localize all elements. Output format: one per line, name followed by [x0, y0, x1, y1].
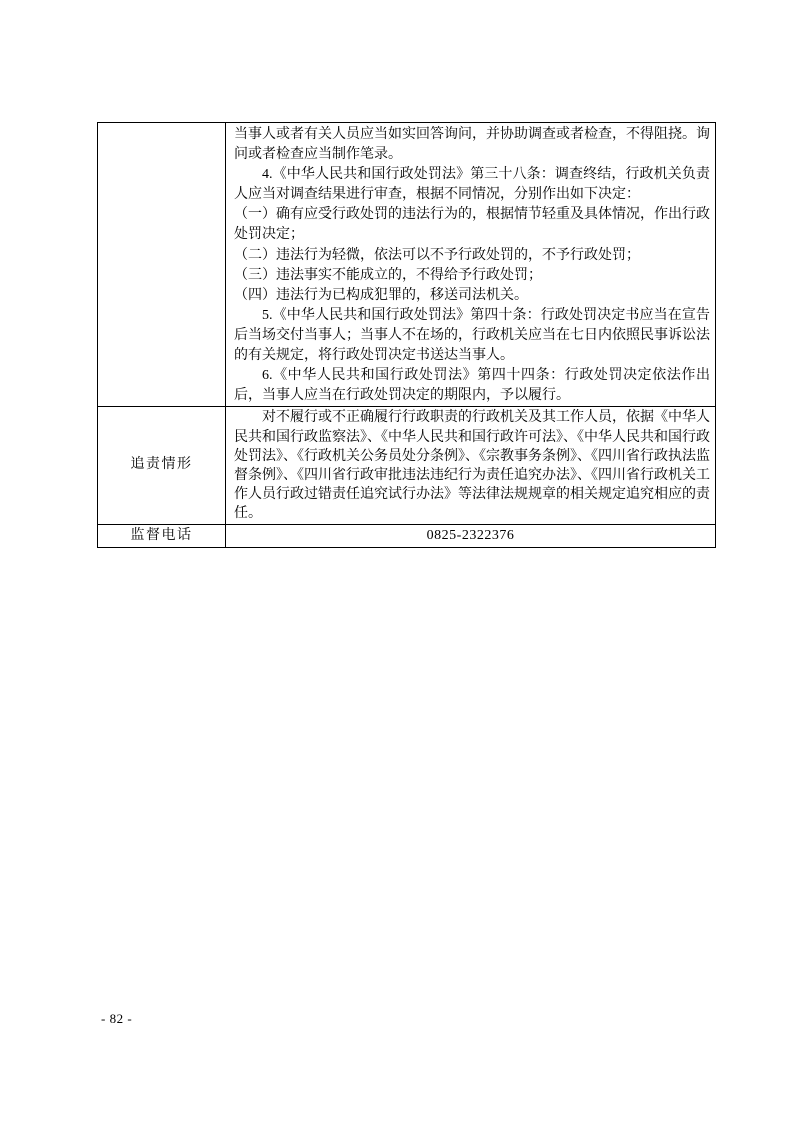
- page-number: - 82 -: [101, 1011, 132, 1027]
- table-row-supervision-phone: 监督电话 0825-2322376: [98, 524, 716, 547]
- table-row-legal-basis-continued: 当事人或者有关人员应当如实回答询问，并协助调查或者检查，不得阻挠。询问或者检查应…: [98, 123, 716, 407]
- paragraph: 5.《中华人民共和国行政处罚法》第四十条：行政处罚决定书应当在宣告后当场交付当事…: [234, 306, 710, 366]
- cell-accountability-text: 对不履行或不正确履行行政职责的行政机关及其工作人员，依据《中华人民共和国行政监察…: [226, 407, 716, 524]
- supervision-phone-value: 0825-2322376: [226, 524, 716, 547]
- paragraph: 6.《中华人民共和国行政处罚法》第四十四条：行政处罚决定依法作出后，当事人应当在…: [234, 366, 710, 406]
- row-label-accountability: 追责情形: [98, 407, 226, 524]
- paragraph: 当事人或者有关人员应当如实回答询问，并协助调查或者检查，不得阻挠。询问或者检查应…: [234, 125, 710, 165]
- paragraph: （二）违法行为轻微，依法可以不予行政处罚的，不予行政处罚；: [234, 246, 710, 266]
- paragraph: 对不履行或不正确履行行政职责的行政机关及其工作人员，依据《中华人民共和国行政监察…: [234, 408, 710, 523]
- table-row-accountability: 追责情形 对不履行或不正确履行行政职责的行政机关及其工作人员，依据《中华人民共和…: [98, 407, 716, 524]
- paragraph: （一）确有应受行政处罚的违法行为的，根据情节轻重及具体情况，作出行政处罚决定；: [234, 205, 710, 245]
- row-label-supervision-phone: 监督电话: [98, 524, 226, 547]
- document-page: 当事人或者有关人员应当如实回答询问，并协助调查或者检查，不得阻挠。询问或者检查应…: [0, 0, 793, 1122]
- info-table: 当事人或者有关人员应当如实回答询问，并协助调查或者检查，不得阻挠。询问或者检查应…: [97, 122, 716, 548]
- cell-legal-basis-text: 当事人或者有关人员应当如实回答询问，并协助调查或者检查，不得阻挠。询问或者检查应…: [226, 123, 716, 407]
- row-label-empty: [98, 123, 226, 407]
- paragraph: 4.《中华人民共和国行政处罚法》第三十八条：调查终结，行政机关负责人应当对调查结…: [234, 165, 710, 205]
- paragraph: （三）违法事实不能成立的，不得给予行政处罚；: [234, 266, 710, 286]
- paragraph: （四）违法行为已构成犯罪的，移送司法机关。: [234, 286, 710, 306]
